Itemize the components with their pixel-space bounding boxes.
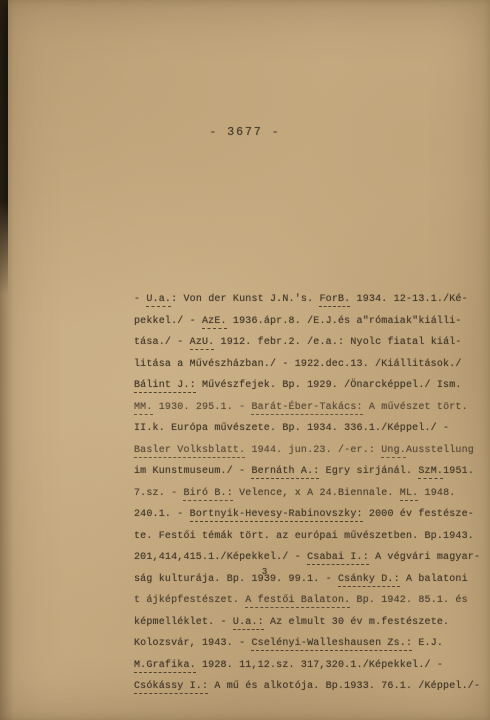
- text-segment: tása./ -: [134, 337, 190, 348]
- underlined-term: AzE.: [202, 316, 227, 329]
- text-segment: 1936.ápr.8. /E.J.és a"rómaiak"kiálli-: [227, 316, 462, 327]
- text-segment: Ausstellung: [406, 445, 474, 456]
- text-segment: 1951.: [443, 466, 474, 477]
- underlined-term: Csánky D.:: [338, 574, 400, 587]
- bibliography-line: Basler Volksblatt. 1944. jun.23. /-er.: …: [134, 440, 474, 462]
- text-segment: : Von der Kunst J.N.'s.: [171, 294, 319, 305]
- text-segment: Egry sirjánál.: [319, 466, 418, 477]
- bibliography-line: II.k. Európa művészete. Bp. 1934. 336.1.…: [134, 418, 474, 440]
- bibliography-line: t ájképfestészet. A festői Balaton. Bp. …: [134, 590, 474, 612]
- page-number: - 3677 -: [0, 126, 490, 139]
- text-segment: Kolozsvár, 1943. -: [134, 638, 251, 649]
- underlined-term: M.Grafika.: [134, 660, 196, 673]
- text-segment: 39. 99.1. -: [264, 574, 338, 585]
- text-segment: A balatoni: [400, 574, 468, 585]
- underlined-term: Bortnyik-Hevesy-Rabinovszky:: [190, 509, 363, 522]
- text-segment: II.k. Európa művészete. Bp. 1934. 336.1.…: [134, 423, 449, 434]
- text-segment: 2000 év festésze-: [363, 509, 474, 520]
- underlined-term: Ung.: [381, 445, 406, 458]
- text-segment: képmelléklet. -: [134, 617, 233, 628]
- underlined-term: Csabai I.:: [307, 552, 369, 565]
- scan-edge-black-strip: [0, 0, 8, 300]
- text-segment: 1948.: [418, 488, 455, 499]
- underlined-term: Bálint J.:: [134, 380, 196, 393]
- underlined-term: A festői Balaton.: [245, 595, 350, 608]
- superscript-correction: 3: [262, 562, 266, 584]
- underlined-term: Bernáth A.:: [251, 466, 319, 479]
- text-segment: Művészfejek. Bp. 1929. /Önarcképpel./ Is…: [196, 380, 462, 391]
- text-segment: Bp. 1942. 85.1. és: [350, 595, 467, 606]
- text-segment: E.J.: [412, 638, 443, 649]
- text-segment: A művészet tört.: [363, 402, 468, 413]
- bibliography-line: Kolozsvár, 1943. - Cselényi-Walleshausen…: [134, 633, 474, 655]
- bibliography-line: Bálint J.: Művészfejek. Bp. 1929. /Önarc…: [134, 375, 474, 397]
- text-segment: ság kulturája. Bp. 19: [134, 574, 264, 585]
- scanned-page: - 3677 - - U.a.: Von der Kunst J.N.'s. F…: [0, 0, 490, 720]
- bibliography-line: im Kunstmuseum./ - Bernáth A.: Egry sirj…: [134, 461, 474, 483]
- text-segment: t ájképfestészet.: [134, 595, 245, 606]
- text-segment: 1912. febr.2. /e.a.: Nyolc fiatal kiál-: [214, 337, 461, 348]
- underlined-term: U.a.:: [233, 617, 264, 630]
- text-segment: 201,414,415.1./Képekkel./ -: [134, 552, 307, 563]
- underlined-term: Cselényi-Walleshausen Zs.:: [251, 638, 412, 651]
- text-segment: Velence, x A 24.Biennale.: [233, 488, 400, 499]
- text-segment: 1934. 12-13.1./Ké-: [350, 294, 467, 305]
- text-segment: im Kunstmuseum./ -: [134, 466, 251, 477]
- bibliography-line: ság kulturája. Bp. 19339. 99.1. - Csánky…: [134, 569, 474, 591]
- bibliography-line: pekkel./ - AzE. 1936.ápr.8. /E.J.és a"ró…: [134, 311, 474, 333]
- text-segment: 240.1. -: [134, 509, 190, 520]
- text-segment: litása a Művészházban./ - 1922.dec.13. /…: [134, 359, 462, 370]
- text-segment: -: [134, 294, 146, 305]
- bibliography-line: képmelléklet. - U.a.: Az elmult 30 év m.…: [134, 612, 474, 634]
- bibliography-line: te. Festői témák tört. az európai művész…: [134, 526, 474, 548]
- text-segment: 1928. 11,12.sz. 317,320.1./Képekkel./ -: [196, 660, 443, 671]
- bibliography-line: 240.1. - Bortnyik-Hevesy-Rabinovszky: 20…: [134, 504, 474, 526]
- bibliography-line: tása./ - AzU. 1912. febr.2. /e.a.: Nyolc…: [134, 332, 474, 354]
- underlined-term: U.a.: [146, 294, 171, 307]
- text-segment: 1944. jun.23. /-er.:: [245, 445, 381, 456]
- bibliography-line: - U.a.: Von der Kunst J.N.'s. ForB. 1934…: [134, 289, 474, 311]
- bibliography-line: 201,414,415.1./Képekkel./ - Csabai I.: A…: [134, 547, 474, 569]
- text-segment: A mű és alkotója. Bp.1933. 76.1. /Képpel…: [208, 681, 480, 692]
- text-segment: Az elmult 30 év m.festészete.: [264, 617, 449, 628]
- text-segment: 7.sz. -: [134, 488, 183, 499]
- bibliography-line: MM. 1930. 295.1. - Barát-Éber-Takács: A …: [134, 397, 474, 419]
- underlined-term: Biró B.:: [183, 488, 232, 501]
- text-segment: 1930. 295.1. -: [153, 402, 252, 413]
- text-segment: pekkel./ -: [134, 316, 202, 327]
- bibliography-line: Csókássy I.: A mű és alkotója. Bp.1933. …: [134, 676, 474, 698]
- text-segment: A végvári magyar-: [369, 552, 480, 563]
- bibliography-line: M.Grafika. 1928. 11,12.sz. 317,320.1./Ké…: [134, 655, 474, 677]
- bibliography-line: 7.sz. - Biró B.: Velence, x A 24.Biennal…: [134, 483, 474, 505]
- underlined-term: Barát-Éber-Takács:: [251, 402, 362, 415]
- underlined-term: Csókássy I.:: [134, 681, 208, 694]
- underlined-term: ForB.: [319, 294, 350, 307]
- underlined-term: ML.: [400, 488, 419, 501]
- bibliography-line: litása a Művészházban./ - 1922.dec.13. /…: [134, 354, 474, 376]
- bibliography-text-block: - U.a.: Von der Kunst J.N.'s. ForB. 1934…: [134, 289, 474, 698]
- underlined-term: MM.: [134, 402, 153, 415]
- underlined-term: Basler Volksblatt.: [134, 445, 245, 458]
- text-segment: te. Festői témák tört. az európai művész…: [134, 531, 474, 542]
- underlined-term: AzU.: [190, 337, 215, 350]
- underlined-term: SzM.: [418, 466, 443, 479]
